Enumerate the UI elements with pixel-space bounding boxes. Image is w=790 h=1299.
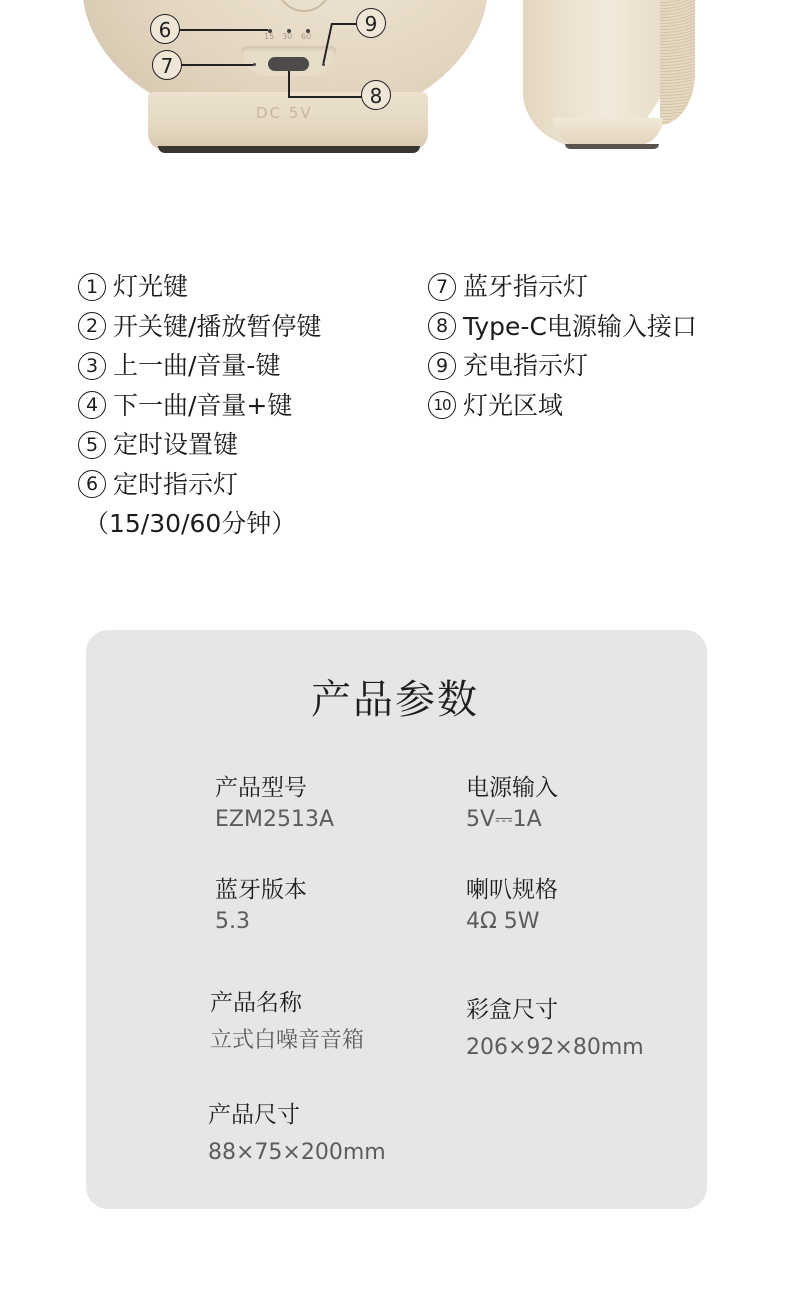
spec-title: 产品参数 bbox=[0, 668, 790, 725]
legend-right-column: 7蓝牙指示灯 8Type-C电源输入接口 9充电指示灯 10灯光区域 bbox=[428, 267, 697, 425]
legend-label: 上一曲/音量-键 bbox=[113, 346, 280, 386]
spec-value: 立式白噪音音箱 bbox=[210, 1025, 364, 1057]
timer-label-60: 60 bbox=[301, 32, 311, 41]
legend-label: 定时指示灯 bbox=[113, 465, 238, 505]
dc-5v-label: DC 5V bbox=[256, 104, 313, 122]
spec-key: 喇叭规格 bbox=[466, 874, 558, 906]
spec-bluetooth-version: 蓝牙版本 5.3 bbox=[215, 874, 307, 938]
legend-label: 下一曲/音量+键 bbox=[113, 386, 292, 426]
spec-value: EZM2513A bbox=[215, 804, 334, 836]
number-badge: 9 bbox=[428, 352, 456, 380]
leader-line-8a bbox=[288, 71, 290, 97]
spec-value: 206×92×80mm bbox=[466, 1032, 644, 1064]
leader-line-6 bbox=[178, 29, 268, 31]
spec-key: 产品尺寸 bbox=[208, 1099, 386, 1131]
number-badge: 8 bbox=[428, 312, 456, 340]
leader-line-9a bbox=[332, 23, 358, 25]
legend-label: 蓝牙指示灯 bbox=[463, 267, 588, 307]
legend-label: 灯光键 bbox=[113, 267, 188, 307]
spec-model: 产品型号 EZM2513A bbox=[215, 772, 334, 836]
legend-item: 6定时指示灯 bbox=[78, 465, 321, 505]
legend-item: 1灯光键 bbox=[78, 267, 321, 307]
number-badge: 6 bbox=[78, 470, 106, 498]
legend-note: （15/30/60分钟） bbox=[78, 504, 321, 544]
number-badge: 10 bbox=[428, 391, 456, 419]
number-badge: 2 bbox=[78, 312, 106, 340]
spec-speaker: 喇叭规格 4Ω 5W bbox=[466, 874, 558, 938]
spec-key: 电源输入 bbox=[466, 772, 558, 804]
timer-label-15: 15 bbox=[264, 32, 274, 41]
spec-box-size: 彩盒尺寸 206×92×80mm bbox=[466, 994, 644, 1064]
spec-key: 蓝牙版本 bbox=[215, 874, 307, 906]
legend-label: 灯光区域 bbox=[463, 386, 563, 426]
usb-c-port bbox=[268, 57, 309, 71]
legend-item: 3上一曲/音量-键 bbox=[78, 346, 321, 386]
legend-item: 10灯光区域 bbox=[428, 386, 697, 426]
number-badge: 3 bbox=[78, 352, 106, 380]
spec-product-name: 产品名称 立式白噪音音箱 bbox=[210, 987, 364, 1057]
callout-6: 6 bbox=[150, 14, 180, 44]
leader-line-8b bbox=[288, 96, 363, 98]
legend-item: 7蓝牙指示灯 bbox=[428, 267, 697, 307]
timer-label-30: 30 bbox=[282, 32, 292, 41]
legend-item: 4下一曲/音量+键 bbox=[78, 386, 321, 426]
spec-product-size: 产品尺寸 88×75×200mm bbox=[208, 1099, 386, 1169]
legend-item: 9充电指示灯 bbox=[428, 346, 697, 386]
number-badge: 4 bbox=[78, 391, 106, 419]
number-badge: 5 bbox=[78, 431, 106, 459]
speaker-side-foot-shadow bbox=[565, 144, 659, 149]
number-badge: 1 bbox=[78, 273, 106, 301]
spec-value: 4Ω 5W bbox=[466, 906, 558, 938]
legend-label: 开关键/播放暂停键 bbox=[113, 307, 321, 347]
spec-value: 5.3 bbox=[215, 906, 307, 938]
speaker-side-foot bbox=[553, 118, 663, 146]
callout-8: 8 bbox=[361, 80, 391, 110]
legend-item: 2开关键/播放暂停键 bbox=[78, 307, 321, 347]
legend-item: 8Type-C电源输入接口 bbox=[428, 307, 697, 347]
charge-led bbox=[322, 63, 325, 66]
legend-label: Type-C电源输入接口 bbox=[463, 307, 697, 347]
spec-value: 88×75×200mm bbox=[208, 1137, 386, 1169]
legend-label: 定时设置键 bbox=[113, 425, 238, 465]
speaker-foot bbox=[158, 146, 420, 153]
spec-value: 5V⎓1A bbox=[466, 804, 558, 836]
spec-key: 彩盒尺寸 bbox=[466, 994, 644, 1026]
spec-key: 产品型号 bbox=[215, 772, 334, 804]
bluetooth-led bbox=[253, 63, 256, 66]
speaker-grille bbox=[660, 0, 695, 125]
spec-key: 产品名称 bbox=[210, 987, 364, 1019]
callout-9: 9 bbox=[356, 8, 386, 38]
leader-line-7 bbox=[181, 64, 253, 66]
callout-7: 7 bbox=[152, 50, 182, 80]
legend-label: 充电指示灯 bbox=[463, 346, 588, 386]
number-badge: 7 bbox=[428, 273, 456, 301]
spec-power-input: 电源输入 5V⎓1A bbox=[466, 772, 558, 836]
product-illustration: 15 30 60 DC 5V 6 7 8 9 bbox=[0, 0, 790, 160]
legend-item: 5定时设置键 bbox=[78, 425, 321, 465]
legend-left-column: 1灯光键 2开关键/播放暂停键 3上一曲/音量-键 4下一曲/音量+键 5定时设… bbox=[78, 267, 321, 544]
